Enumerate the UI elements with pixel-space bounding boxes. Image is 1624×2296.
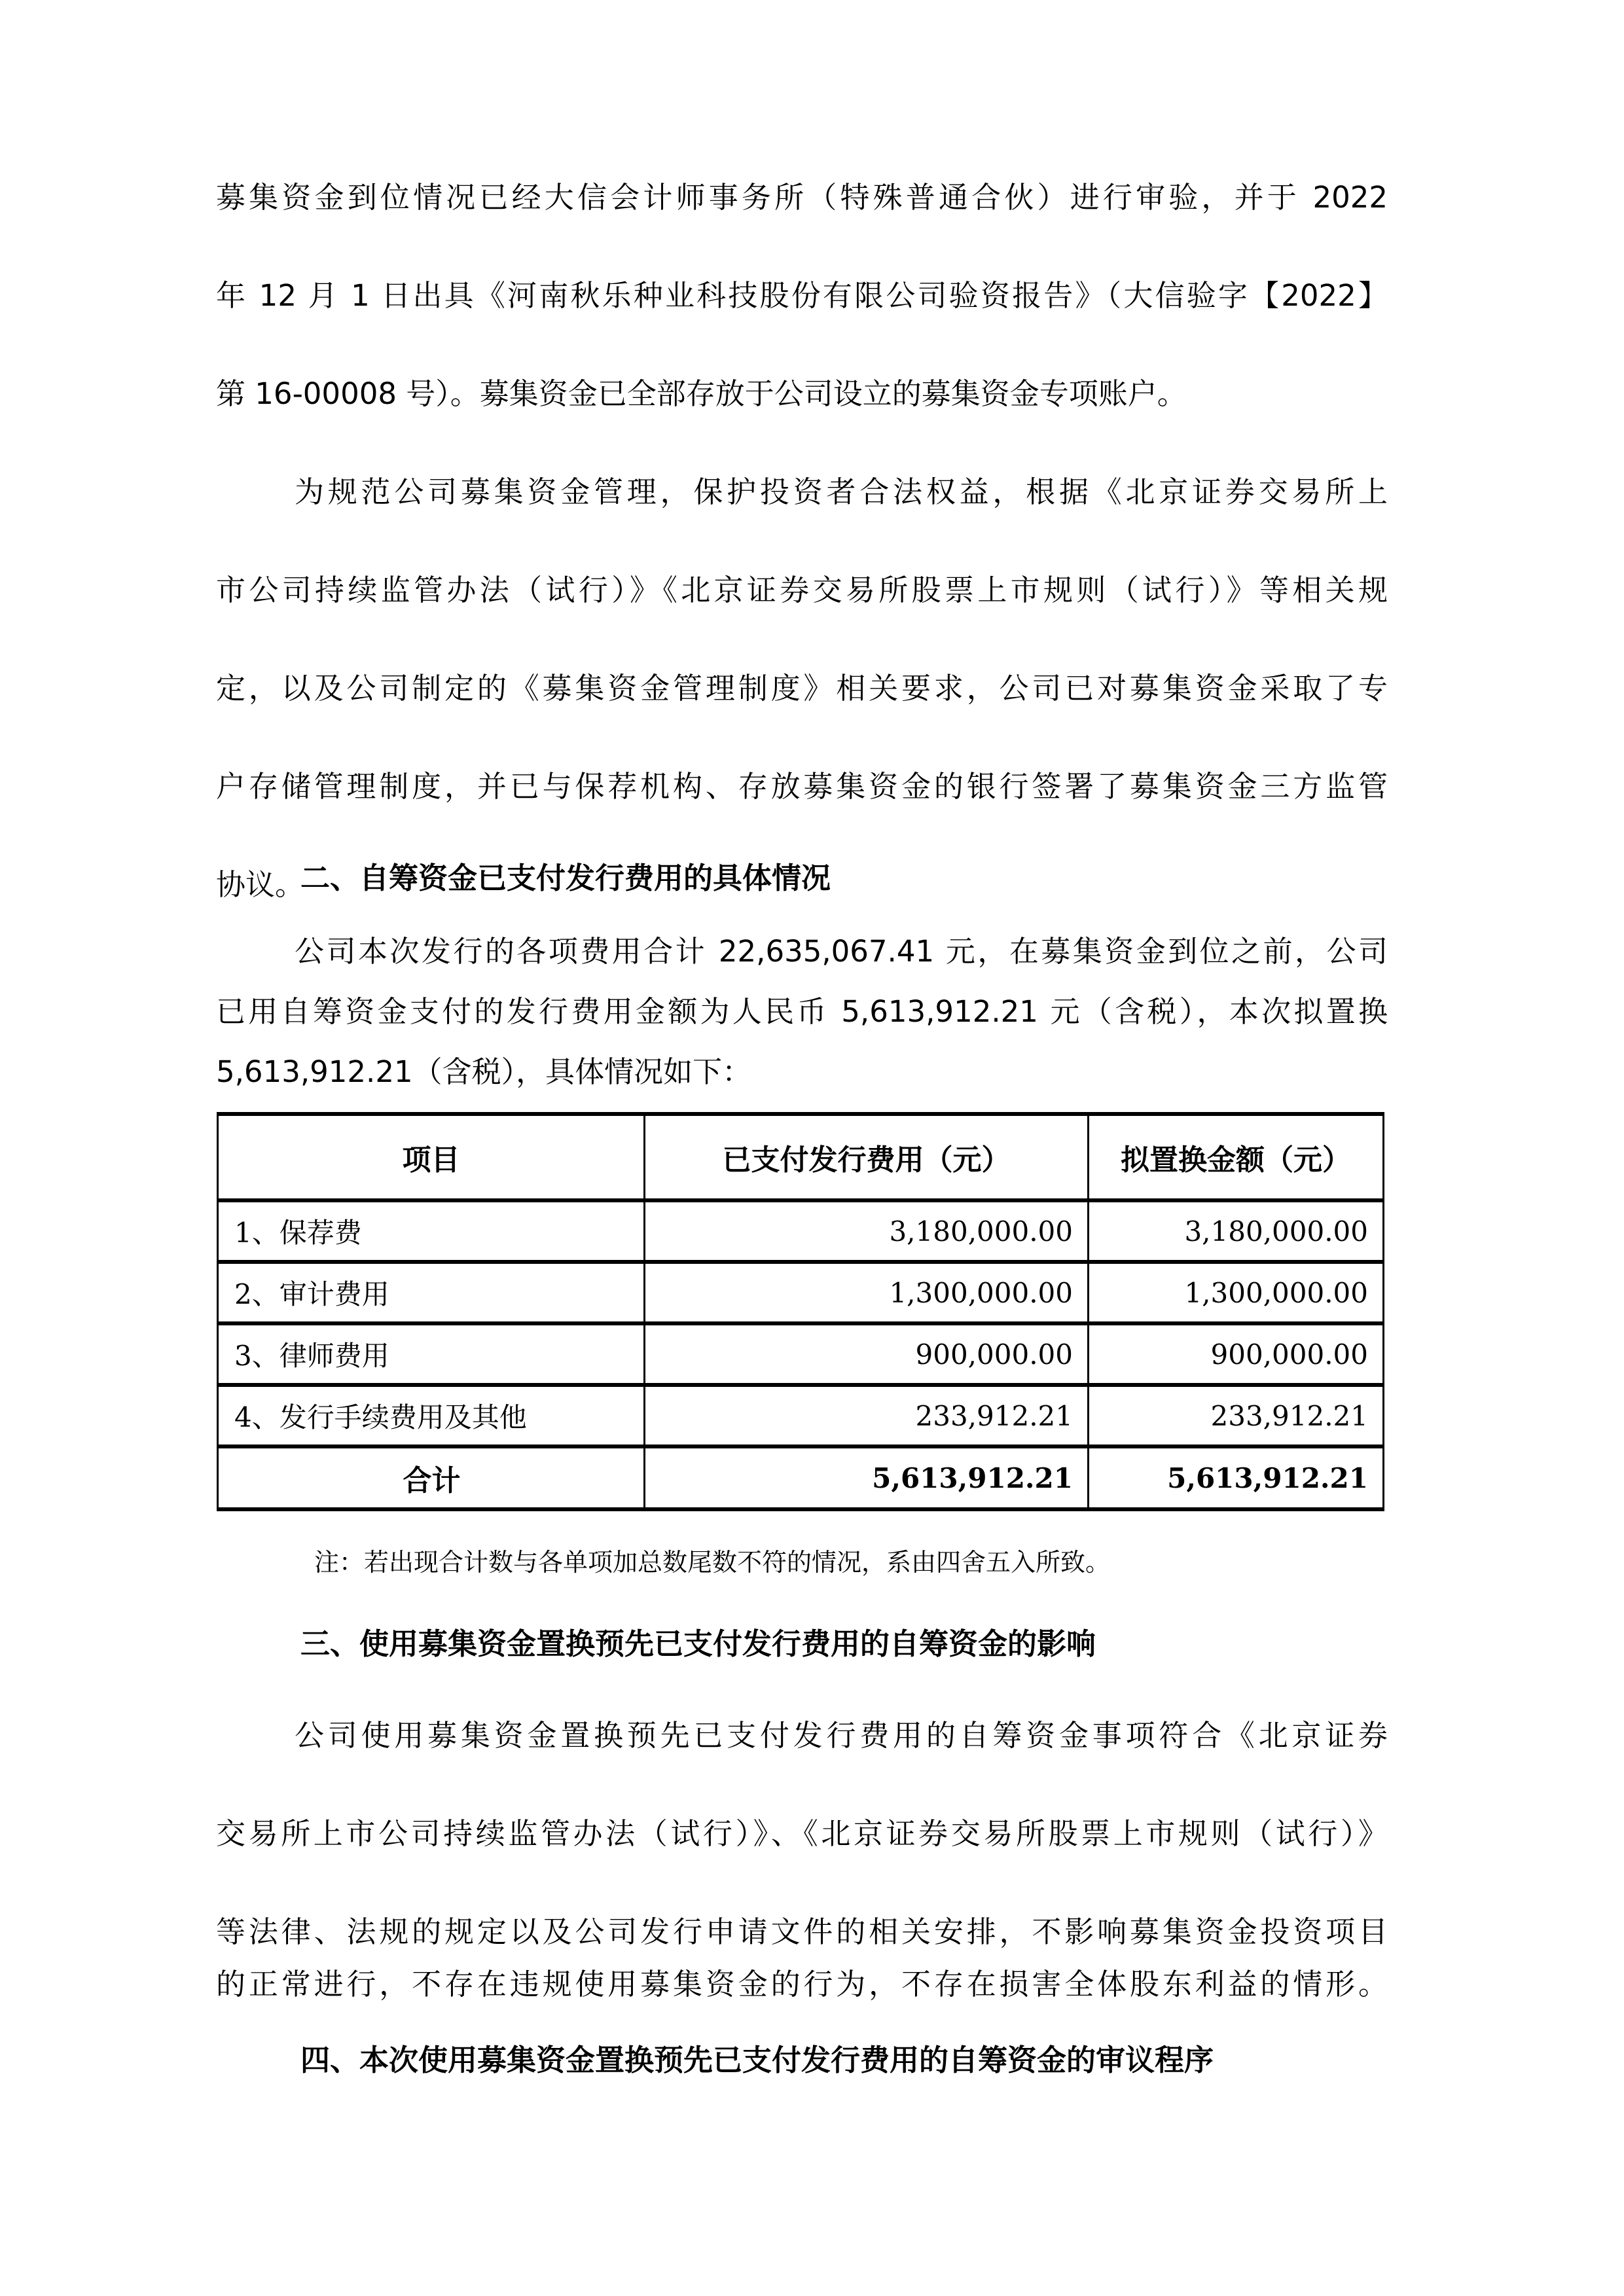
paragraph-2-line-4: 户存储管理制度，并已与保荐机构、存放募集资金的银行签署了募集资金三方监管 — [216, 767, 1388, 806]
cell-item: 3、律师费用 — [218, 1323, 645, 1385]
cell-paid: 1,300,000.00 — [645, 1262, 1089, 1323]
cell-replacement: 3,180,000.00 — [1089, 1200, 1384, 1262]
table-header-row: 项目 已支付发行费用（元） 拟置换金额（元） — [218, 1114, 1384, 1200]
cell-paid: 233,912.21 — [645, 1385, 1089, 1446]
issuance-fee-table: 项目 已支付发行费用（元） 拟置换金额（元） 1、保荐费 3,180,000.0… — [217, 1112, 1384, 1511]
cell-replacement: 900,000.00 — [1089, 1323, 1384, 1385]
section-2-heading: 二、自筹资金已支付发行费用的具体情况 — [300, 859, 831, 898]
paragraph-2-line-1: 为规范公司募集资金管理，保护投资者合法权益，根据《北京证券交易所上 — [295, 473, 1388, 512]
table-total-row: 合计 5,613,912.21 5,613,912.21 — [218, 1446, 1384, 1509]
section-2-line-1: 公司本次发行的各项费用合计 22,635,067.41 元，在募集资金到位之前，… — [295, 932, 1388, 971]
cell-item: 4、发行手续费用及其他 — [218, 1385, 645, 1446]
section-2-line-3: 5,613,912.21（含税），具体情况如下： — [216, 1052, 751, 1092]
paragraph-1-line-3: 第 16-00008 号）。募集资金已全部存放于公司设立的募集资金专项账户。 — [216, 374, 1187, 414]
table-row: 3、律师费用 900,000.00 900,000.00 — [218, 1323, 1384, 1385]
section-4-heading: 四、本次使用募集资金置换预先已支付发行费用的自筹资金的审议程序 — [300, 2041, 1214, 2080]
paragraph-2-line-2: 市公司持续监管办法（试行）》《北京证券交易所股票上市规则（试行）》等相关规 — [216, 571, 1388, 610]
section-3-heading: 三、使用募集资金置换预先已支付发行费用的自筹资金的影响 — [300, 1624, 1096, 1664]
paragraph-2-line-5: 协议。 — [216, 865, 304, 905]
cell-total-label: 合计 — [218, 1446, 645, 1509]
section-2-line-2: 已用自筹资金支付的发行费用金额为人民币 5,613,912.21 元（含税），本… — [216, 992, 1388, 1031]
table-row: 1、保荐费 3,180,000.00 3,180,000.00 — [218, 1200, 1384, 1262]
cell-total-replacement: 5,613,912.21 — [1089, 1446, 1384, 1509]
cell-item: 1、保荐费 — [218, 1200, 645, 1262]
cell-replacement: 233,912.21 — [1089, 1385, 1384, 1446]
column-header-paid: 已支付发行费用（元） — [645, 1114, 1089, 1200]
cell-paid: 900,000.00 — [645, 1323, 1089, 1385]
section-3-line-2: 交易所上市公司持续监管办法（试行）》、《北京证券交易所股票上市规则（试行）》 — [216, 1814, 1388, 1854]
section-3-line-4: 的正常进行，不存在违规使用募集资金的行为，不存在损害全体股东利益的情形。 — [216, 1965, 1388, 2004]
column-header-item: 项目 — [218, 1114, 645, 1200]
paragraph-1-line-1: 募集资金到位情况已经大信会计师事务所（特殊普通合伙）进行审验，并于 2022 — [216, 178, 1388, 217]
column-header-replacement: 拟置换金额（元） — [1089, 1114, 1384, 1200]
section-3-line-3: 等法律、法规的规定以及公司发行申请文件的相关安排，不影响募集资金投资项目 — [216, 1912, 1388, 1952]
section-3-line-1: 公司使用募集资金置换预先已支付发行费用的自筹资金事项符合《北京证券 — [295, 1716, 1388, 1755]
paragraph-2-line-3: 定，以及公司制定的《募集资金管理制度》相关要求，公司已对募集资金采取了专 — [216, 669, 1388, 708]
paragraph-1-line-2: 年 12 月 1 日出具《河南秋乐种业科技股份有限公司验资报告》（大信验字【20… — [216, 276, 1388, 315]
cell-item: 2、审计费用 — [218, 1262, 645, 1323]
table-note: 注：若出现合计数与各单项加总数尾数不符的情况，系由四舍五入所致。 — [314, 1546, 1110, 1579]
cell-total-paid: 5,613,912.21 — [645, 1446, 1089, 1509]
table-row: 2、审计费用 1,300,000.00 1,300,000.00 — [218, 1262, 1384, 1323]
cell-paid: 3,180,000.00 — [645, 1200, 1089, 1262]
table-row: 4、发行手续费用及其他 233,912.21 233,912.21 — [218, 1385, 1384, 1446]
cell-replacement: 1,300,000.00 — [1089, 1262, 1384, 1323]
